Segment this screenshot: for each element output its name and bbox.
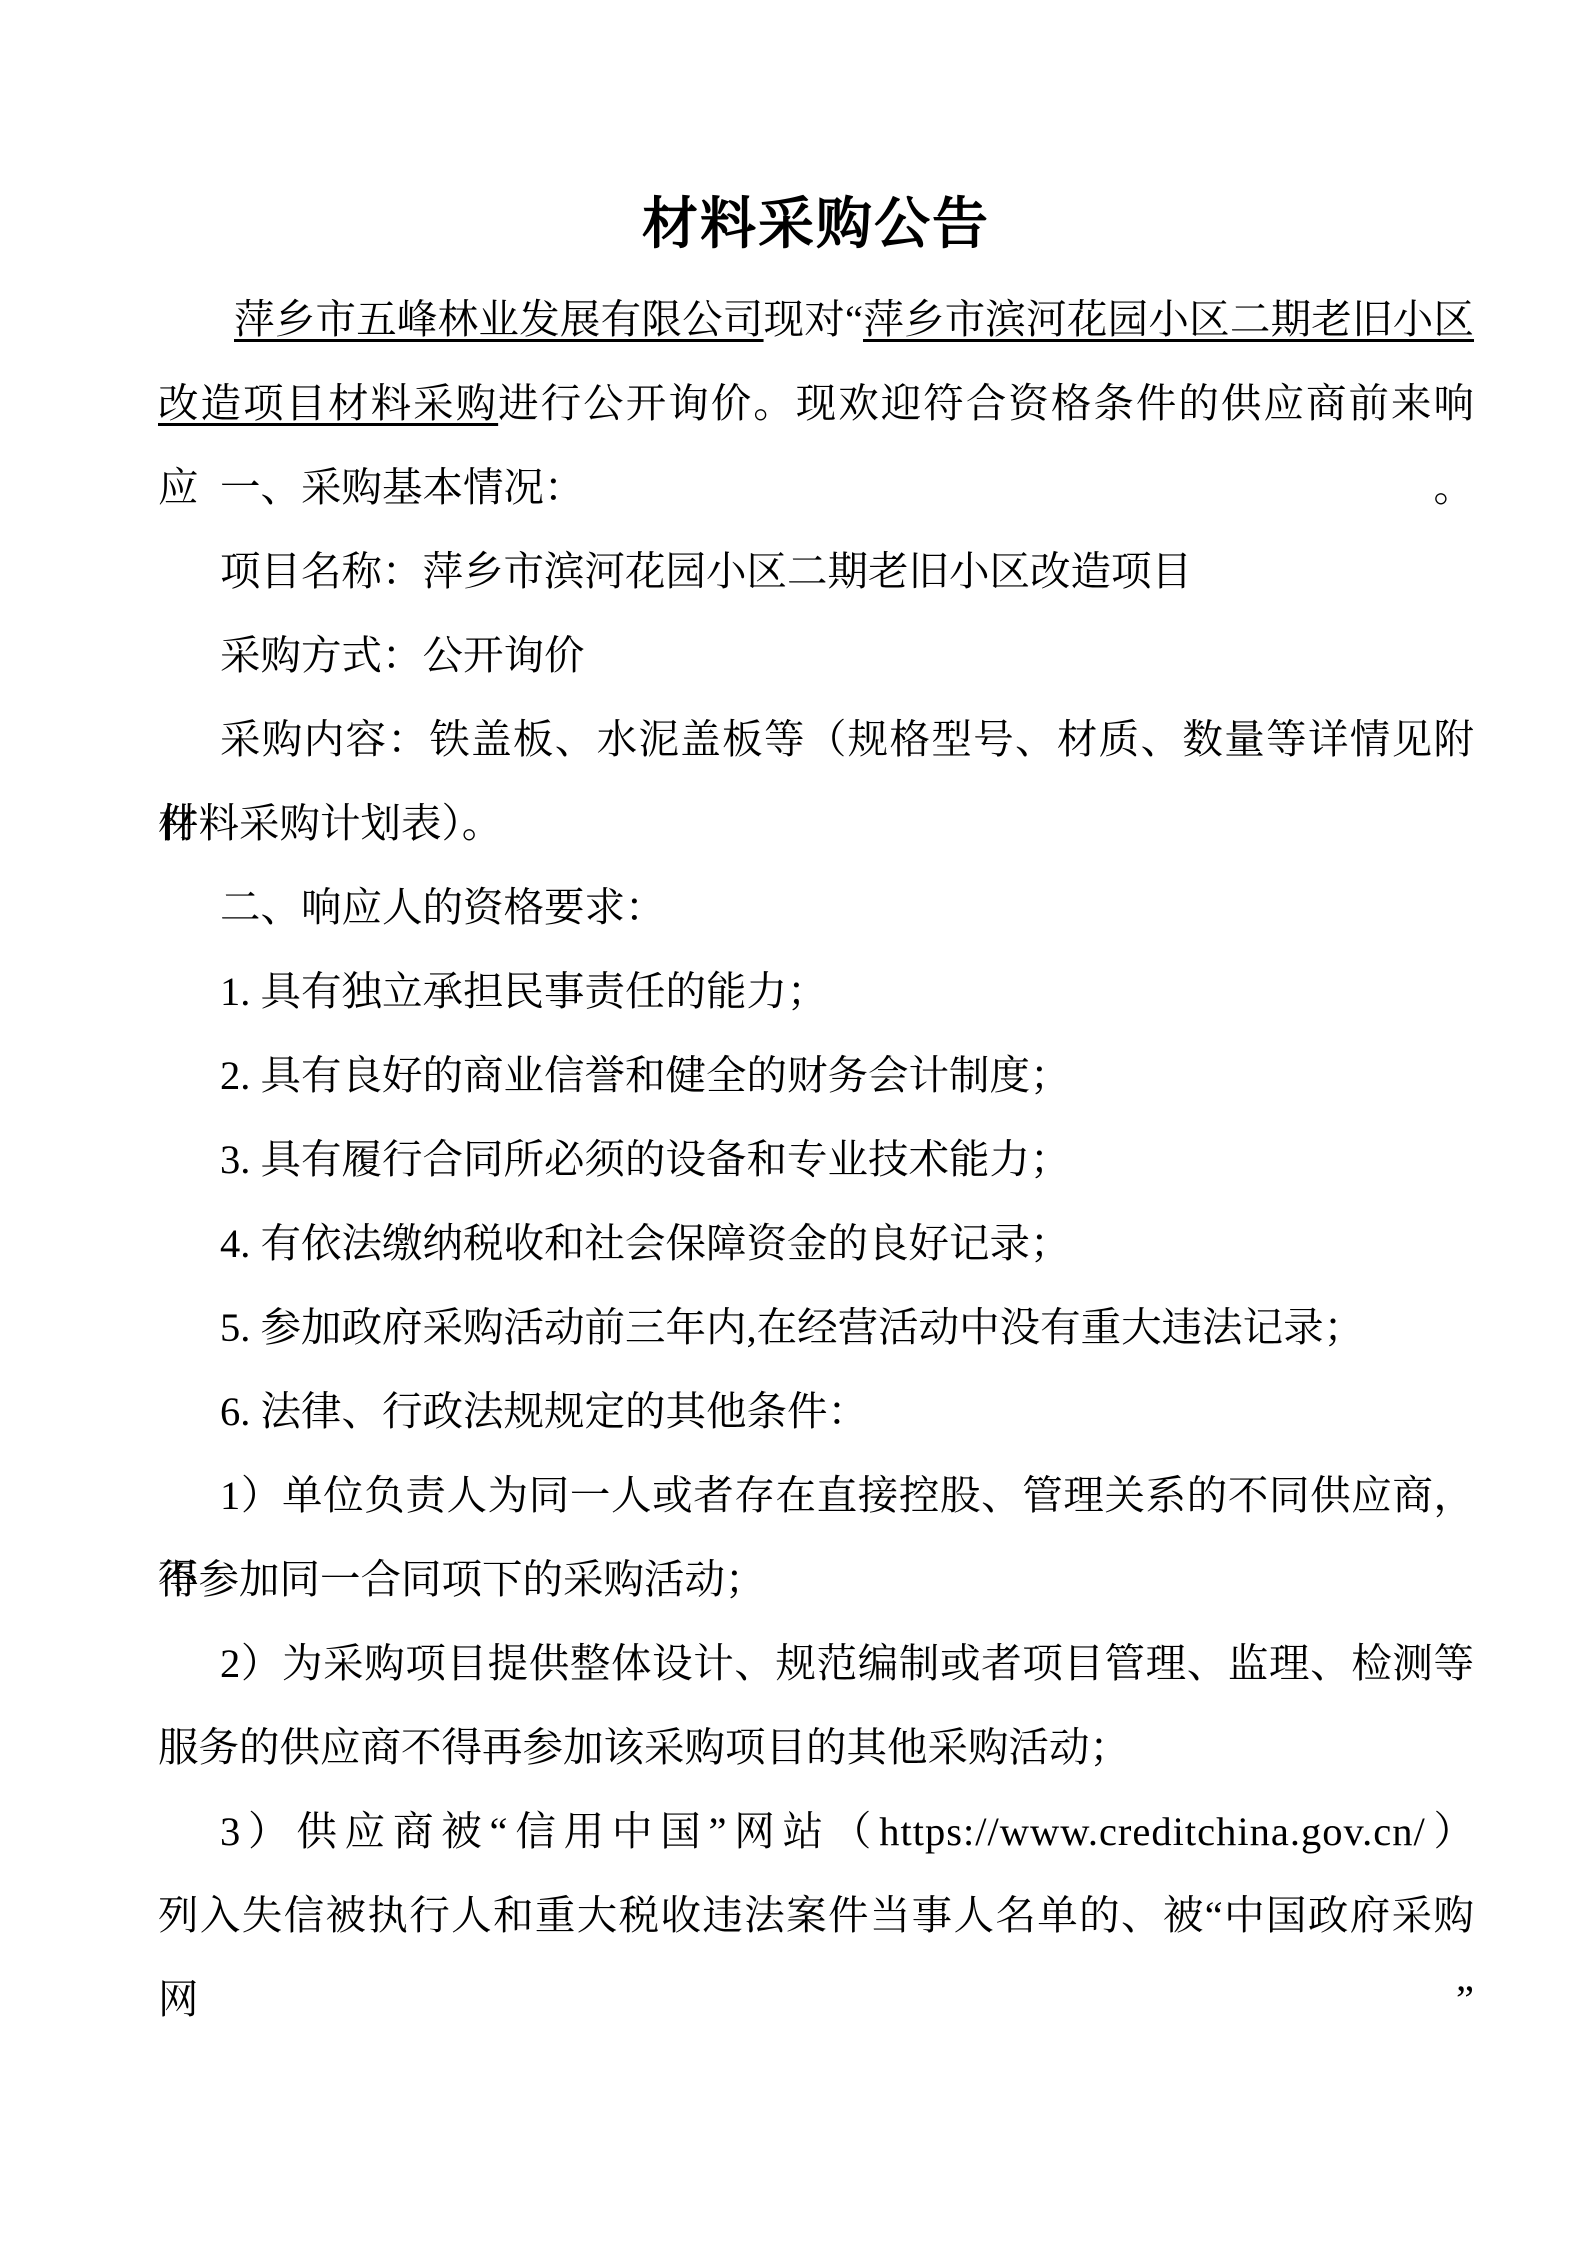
text-line: 1. 具有独立承担民事责任的能力； (158, 950, 1474, 1034)
text-line: 项目名称：萍乡市滨河花园小区二期老旧小区改造项目 (158, 530, 1474, 614)
underlined-text: 改造项目材料采购 (158, 381, 498, 426)
text-line: 列入失信被执行人和重大税收违法案件当事人名单的、被“中国政府采购网” (158, 1874, 1474, 1958)
text-line: 改造项目材料采购进行公开询价。现欢迎符合资格条件的供应商前来响应。 (158, 362, 1474, 446)
text-segment: 3. 具有履行合同所必须的设备和专业技术能力； (220, 1137, 1071, 1182)
document-title: 材料采购公告 (158, 190, 1474, 258)
text-line: 服务的供应商不得再参加该采购项目的其他采购活动； (158, 1706, 1474, 1790)
text-segment: 现对“ (764, 297, 863, 342)
text-segment: 1. 具有独立承担民事责任的能力； (220, 969, 828, 1014)
text-segment: 5. 参加政府采购活动前三年内,在经营活动中没有重大违法记录； (220, 1305, 1364, 1350)
text-line: 6. 法律、行政法规规定的其他条件： (158, 1370, 1474, 1454)
document-page: 材料采购公告 萍乡市五峰林业发展有限公司现对“萍乡市滨河花园小区二期老旧小区改造… (0, 0, 1587, 2245)
text-line: 得参加同一合同项下的采购活动； (158, 1538, 1474, 1622)
document-content: 材料采购公告 萍乡市五峰林业发展有限公司现对“萍乡市滨河花园小区二期老旧小区改造… (158, 0, 1474, 1958)
text-line: 2）为采购项目提供整体设计、规范编制或者项目管理、监理、检测等 (158, 1622, 1474, 1706)
text-line: 4. 有依法缴纳税收和社会保障资金的良好记录； (158, 1202, 1474, 1286)
text-segment: 6. 法律、行政法规规定的其他条件： (220, 1389, 868, 1434)
document-body: 萍乡市五峰林业发展有限公司现对“萍乡市滨河花园小区二期老旧小区改造项目材料采购进… (158, 278, 1474, 1958)
text-line: 2. 具有良好的商业信誉和健全的财务会计制度； (158, 1034, 1474, 1118)
text-segment: 服务的供应商不得再参加该采购项目的其他采购活动； (158, 1725, 1130, 1770)
text-segment: 采购方式：公开询价 (220, 633, 585, 678)
text-line: 采购方式：公开询价 (158, 614, 1474, 698)
text-segment: 2. 具有良好的商业信誉和健全的财务会计制度； (220, 1053, 1071, 1098)
text-segment: 3）供应商被“信用中国”网站（ (220, 1809, 879, 1854)
text-line: 3）供应商被“信用中国”网站（https://www.creditchina.g… (158, 1790, 1474, 1874)
text-line: 3. 具有履行合同所必须的设备和专业技术能力； (158, 1118, 1474, 1202)
text-segment: 一、采购基本情况： (220, 465, 585, 510)
text-line: 材料采购计划表）。 (158, 782, 1474, 866)
text-line: 1）单位负责人为同一人或者存在直接控股、管理关系的不同供应商，不 (158, 1454, 1474, 1538)
text-line: 萍乡市五峰林业发展有限公司现对“萍乡市滨河花园小区二期老旧小区 (158, 278, 1474, 362)
underlined-text: 萍乡市五峰林业发展有限公司 (234, 297, 764, 342)
text-segment: ） (1426, 1809, 1474, 1854)
text-segment: 得参加同一合同项下的采购活动； (158, 1557, 766, 1602)
text-segment: 4. 有依法缴纳税收和社会保障资金的良好记录； (220, 1221, 1071, 1266)
text-line: 采购内容：铁盖板、水泥盖板等（规格型号、材质、数量等详情见附件 (158, 698, 1474, 782)
text-segment: 材料采购计划表）。 (158, 801, 502, 846)
text-segment: 项目名称：萍乡市滨河花园小区二期老旧小区改造项目 (220, 549, 1192, 594)
text-segment: 列入失信被执行人和重大税收违法案件当事人名单的、被“中国政府采购网” (158, 1893, 1474, 2022)
underlined-text: 萍乡市滨河花园小区二期老旧小区 (863, 297, 1474, 342)
text-segment: 二、响应人的资格要求： (220, 885, 666, 930)
text-line: 二、响应人的资格要求： (158, 866, 1474, 950)
url-text: https://www.creditchina.gov.cn/ (879, 1809, 1426, 1854)
text-line: 5. 参加政府采购活动前三年内,在经营活动中没有重大违法记录； (158, 1286, 1474, 1370)
text-segment: 2）为采购项目提供整体设计、规范编制或者项目管理、监理、检测等 (220, 1641, 1474, 1686)
